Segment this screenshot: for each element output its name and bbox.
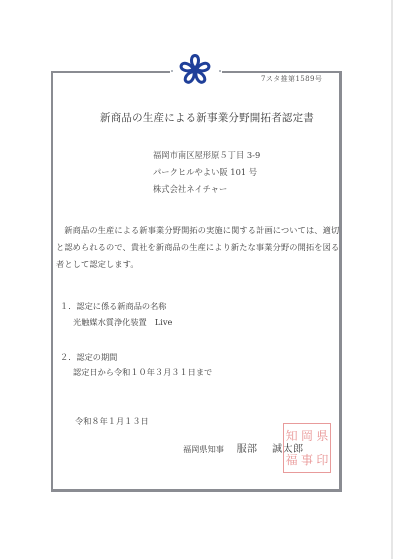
body-line-2: と認められるので、貴社を新商品の生産により新たな事業分野の開拓を図る [56,242,339,253]
seal-char: 福 [284,448,299,472]
seal-char: 岡 [299,424,314,448]
seal-char: 印 [315,448,330,472]
recipient-address-line2: パークヒルやよい阪 101 号 [153,166,257,178]
emblem-dot-left [171,70,173,72]
official-seal: 知 岡 県 福 事 印 [283,423,331,473]
document-number: 7スタ推第1589号 [261,74,322,84]
seal-char: 知 [284,424,299,448]
issuer-family-name: 服部 [237,444,258,455]
document-title: 新商品の生産による新事業分野開拓者認定書 [100,110,314,125]
seal-char: 県 [315,424,330,448]
issue-date: 令和８年１月１３日 [75,416,149,427]
item-1-heading: １．認定に係る新商品の名称 [60,301,166,312]
seal-char: 事 [299,448,314,472]
item-1-value: 光触媒水質浄化装置 Live [73,317,172,328]
issuer-title: 福岡県知事 [183,444,224,454]
recipient-company: 株式会社ネイチャー [153,183,227,195]
emblem-dot-right [219,70,221,72]
body-line-3: 者として認定します。 [56,259,139,270]
prefecture-emblem-icon [178,53,212,87]
item-2-heading: ２．認定の期間 [60,352,117,363]
body-line-1: 新商品の生産による新事業分野開拓の実施に関する計画については、適切 [56,225,339,236]
recipient-address-line1: 福岡市南区屋形原５丁目 3-9 [153,149,260,161]
item-2-value: 認定日から令和１０年３月３１日まで [73,367,212,378]
